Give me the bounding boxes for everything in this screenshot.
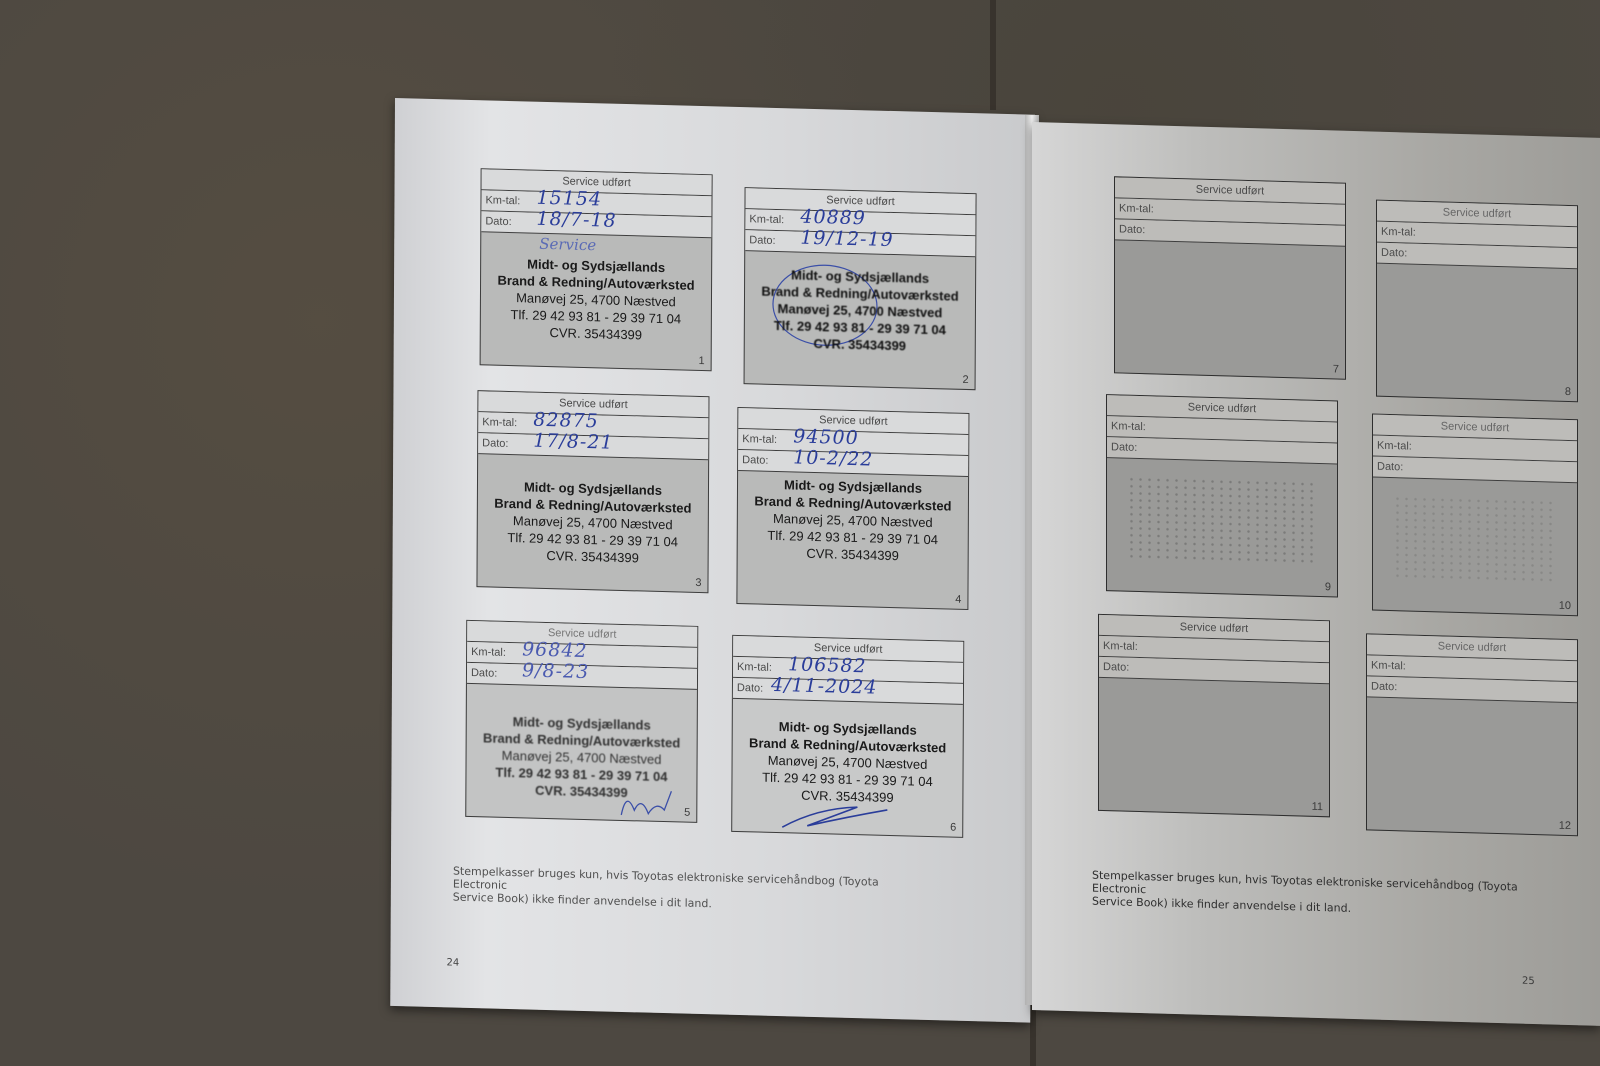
service-box-11: Service udført Km-tal: Dato: 11 (1098, 614, 1330, 817)
workshop-stamp: Midt- og Sydsjællands Brand & Redning/Au… (738, 472, 968, 569)
km-value: 96842 (522, 639, 588, 661)
box-number: 12 (1559, 820, 1571, 832)
box-number: 11 (1312, 801, 1323, 813)
date-label: Dato: (482, 433, 508, 454)
km-label: Km-tal: (1381, 222, 1416, 243)
box-number: 5 (684, 807, 690, 819)
km-label: Km-tal: (1371, 655, 1406, 676)
faded-stamp-offset (1127, 476, 1317, 566)
stamp-line: CVR. 35434399 (813, 335, 906, 354)
service-box-12: Service udført Km-tal: Dato: 12 (1366, 633, 1578, 836)
workshop-stamp: Midt- og Sydsjællands Brand & Redning/Au… (478, 471, 709, 574)
service-box-10: Service udført Km-tal: Dato: 10 (1372, 413, 1578, 616)
footnote: Stempelkasser bruges kun, hvis Toyotas e… (1092, 869, 1532, 920)
date-value: 4/11-2024 (771, 675, 878, 698)
service-box-1: Service udført Km-tal: 15154 Dato: 18/7-… (480, 168, 713, 371)
service-box-4: Service udført Km-tal: 94500 Dato: 10-2/… (736, 407, 969, 610)
workshop-stamp: Midt- og Sydsjællands Brand & Redning/Au… (481, 247, 712, 352)
faded-stamp-offset (1393, 495, 1557, 585)
date-label: Dato: (737, 678, 763, 699)
km-label: Km-tal: (1119, 198, 1154, 219)
page-number: 24 (446, 957, 459, 968)
date-label: Dato: (1377, 457, 1403, 478)
date-label: Dato: (749, 230, 775, 251)
service-box-5: Service udført Km-tal: 96842 Dato: 9/8-2… (465, 620, 698, 823)
box-number: 6 (950, 822, 956, 834)
date-value: 19/12-19 (800, 228, 893, 250)
floor-seam (990, 0, 996, 110)
km-label: Km-tal: (742, 429, 777, 450)
workshop-stamp: Midt- og Sydsjællands Brand & Redning/Au… (745, 250, 976, 371)
date-value: 17/8-21 (533, 431, 613, 453)
date-value: 10-2/22 (793, 447, 873, 469)
stamp-line: CVR. 35434399 (806, 545, 899, 564)
date-label: Dato: (1111, 437, 1137, 458)
date-value: 18/7-18 (536, 209, 616, 231)
date-value: 9/8-23 (522, 660, 589, 682)
km-label: Km-tal: (471, 642, 506, 663)
service-box-7: Service udført Km-tal: Dato: 7 (1114, 176, 1346, 379)
service-box-3: Service udført Km-tal: 82875 Dato: 17/8-… (476, 390, 709, 593)
box-number: 9 (1325, 581, 1331, 593)
left-page: Service udført Km-tal: 15154 Dato: 18/7-… (390, 98, 1035, 1023)
signature (616, 785, 676, 822)
km-label: Km-tal: (482, 412, 517, 433)
box-number: 10 (1559, 600, 1571, 612)
service-box-6: Service udført Km-tal: 106582 Dato: 4/11… (731, 635, 964, 838)
right-page: Service udført Km-tal: Dato: 7 Service u… (1032, 122, 1600, 1026)
km-label: Km-tal: (1111, 416, 1146, 437)
km-label: Km-tal: (749, 209, 784, 230)
box-number: 2 (962, 374, 968, 386)
box-number: 4 (955, 594, 961, 606)
km-label: Km-tal: (485, 190, 520, 211)
km-value: 94500 (793, 426, 859, 448)
km-value: 106582 (788, 654, 867, 676)
box-number: 7 (1333, 363, 1339, 375)
km-value: 82875 (533, 410, 599, 432)
box-number: 3 (695, 577, 701, 589)
service-box-8: Service udført Km-tal: Dato: 8 (1376, 200, 1578, 403)
stamp-line: CVR. 35434399 (549, 324, 642, 343)
date-row: Dato: (1373, 457, 1577, 484)
date-label: Dato: (1381, 243, 1407, 264)
box-number: 1 (699, 355, 705, 367)
km-label: Km-tal: (1103, 636, 1138, 657)
stamp-line: CVR. 35434399 (546, 547, 639, 566)
service-box-2: Service udført Km-tal: 40889 Dato: 19/12… (744, 187, 977, 390)
footnote: Stempelkasser bruges kun, hvis Toyotas e… (453, 865, 933, 917)
km-label: Km-tal: (737, 657, 772, 678)
date-label: Dato: (1103, 657, 1129, 678)
km-value: 15154 (536, 188, 602, 210)
service-box-9: Service udført Km-tal: Dato: 9 (1106, 394, 1338, 597)
date-row: Dato: (1367, 676, 1577, 703)
date-label: Dato: (742, 450, 768, 471)
km-label: Km-tal: (1377, 436, 1412, 457)
date-label: Dato: (1371, 676, 1397, 697)
km-value: 40889 (800, 207, 866, 229)
date-label: Dato: (1119, 219, 1145, 240)
date-label: Dato: (485, 211, 511, 232)
box-number: 8 (1565, 386, 1571, 398)
stamp-line: CVR. 35434399 (535, 782, 628, 801)
date-row: Dato: (1377, 243, 1577, 270)
page-number: 25 (1522, 976, 1535, 987)
date-label: Dato: (471, 663, 497, 684)
signature (777, 797, 897, 835)
